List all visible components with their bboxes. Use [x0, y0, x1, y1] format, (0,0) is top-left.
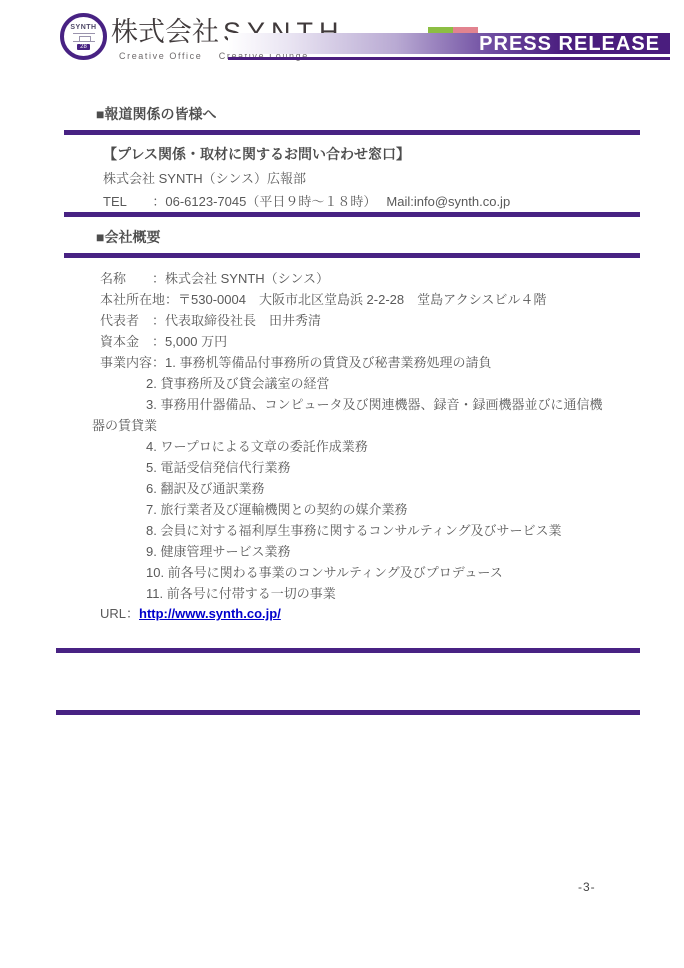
url-label: URL：	[100, 606, 139, 621]
banner-title: PRESS RELEASE	[479, 34, 670, 54]
logo-number: 28	[77, 44, 90, 50]
divider-rule-1	[64, 130, 640, 135]
company-info-business-3: 3. 事務用什器備品、コンピュータ及び関連機器、録音・録画機器並びに通信機	[146, 397, 602, 413]
company-info-business-10: 10. 前各号に関わる事業のコンサルティング及びプロデュース	[146, 565, 503, 581]
banner-accent-pink	[453, 27, 478, 33]
page-number: -3-	[578, 880, 596, 894]
company-info-business-8: 8. 会員に対する福利厚生事務に関するコンサルティング及びサービス業	[146, 523, 562, 539]
company-url-link[interactable]: http://www.synth.co.jp/	[139, 606, 281, 621]
divider-rule-2	[64, 212, 640, 217]
contact-company: 株式会社 SYNTH（シンス）広報部	[103, 171, 306, 187]
company-info-business-6: 6. 翻訳及び通訳業務	[146, 481, 264, 497]
company-info-name: 名称 ：株式会社 SYNTH（シンス）	[100, 271, 329, 287]
logo-artwork-icon	[73, 33, 95, 42]
company-info-business-9: 9. 健康管理サービス業務	[146, 544, 290, 560]
company-info-ceo: 代表者 ：代表取締役社長 田井秀清	[100, 313, 321, 329]
section-heading-overview: ■会社概要	[96, 230, 160, 244]
company-info-address: 本社所在地：〒530-0004 大阪市北区堂島浜 2-2-28 堂島アクシスビル…	[100, 292, 546, 308]
press-release-banner: PRESS RELEASE	[228, 33, 670, 54]
company-info-business-4: 4. ワープロによる文章の委託作成業務	[146, 439, 368, 455]
company-info-business-11: 11. 前各号に付帯する一切の事業	[146, 586, 336, 602]
section-heading-press: ■報道関係の皆様へ	[96, 107, 216, 121]
company-info-business-5: 5. 電話受信発信代行業務	[146, 460, 290, 476]
company-logo-icon: SYNTH 28	[60, 13, 107, 60]
banner-underline	[228, 57, 670, 60]
logo-word: SYNTH	[70, 24, 96, 31]
contact-tel-mail: TEL ：06-6123-7045（平日９時～１８時） Mail:info@sy…	[103, 194, 510, 210]
company-info-business-2: 2. 貸事務所及び貸会議室の経営	[146, 376, 329, 392]
company-name-jp: 株式会社	[111, 17, 219, 47]
press-release-page: SYNTH 28 株式会社SYNTH Creative Office Creat…	[0, 0, 684, 968]
company-info-business-3-wrap: 器の賃貸業	[92, 418, 157, 434]
divider-rule-3	[64, 253, 640, 258]
company-info-business-1: 事業内容：1. 事務机等備品付事務所の賃貸及び秘書業務処理の請負	[100, 355, 491, 371]
divider-rule-5	[56, 710, 640, 715]
company-url-line: URL：http://www.synth.co.jp/	[100, 606, 281, 622]
banner-accent-green	[428, 27, 453, 33]
company-info-capital: 資本金 ：5,000 万円	[100, 334, 227, 350]
contact-title: 【プレス関係・取材に関するお問い合わせ窓口】	[103, 147, 410, 161]
company-info-business-7: 7. 旅行業者及び運輸機関との契約の媒介業務	[146, 502, 407, 518]
divider-rule-4	[56, 648, 640, 653]
